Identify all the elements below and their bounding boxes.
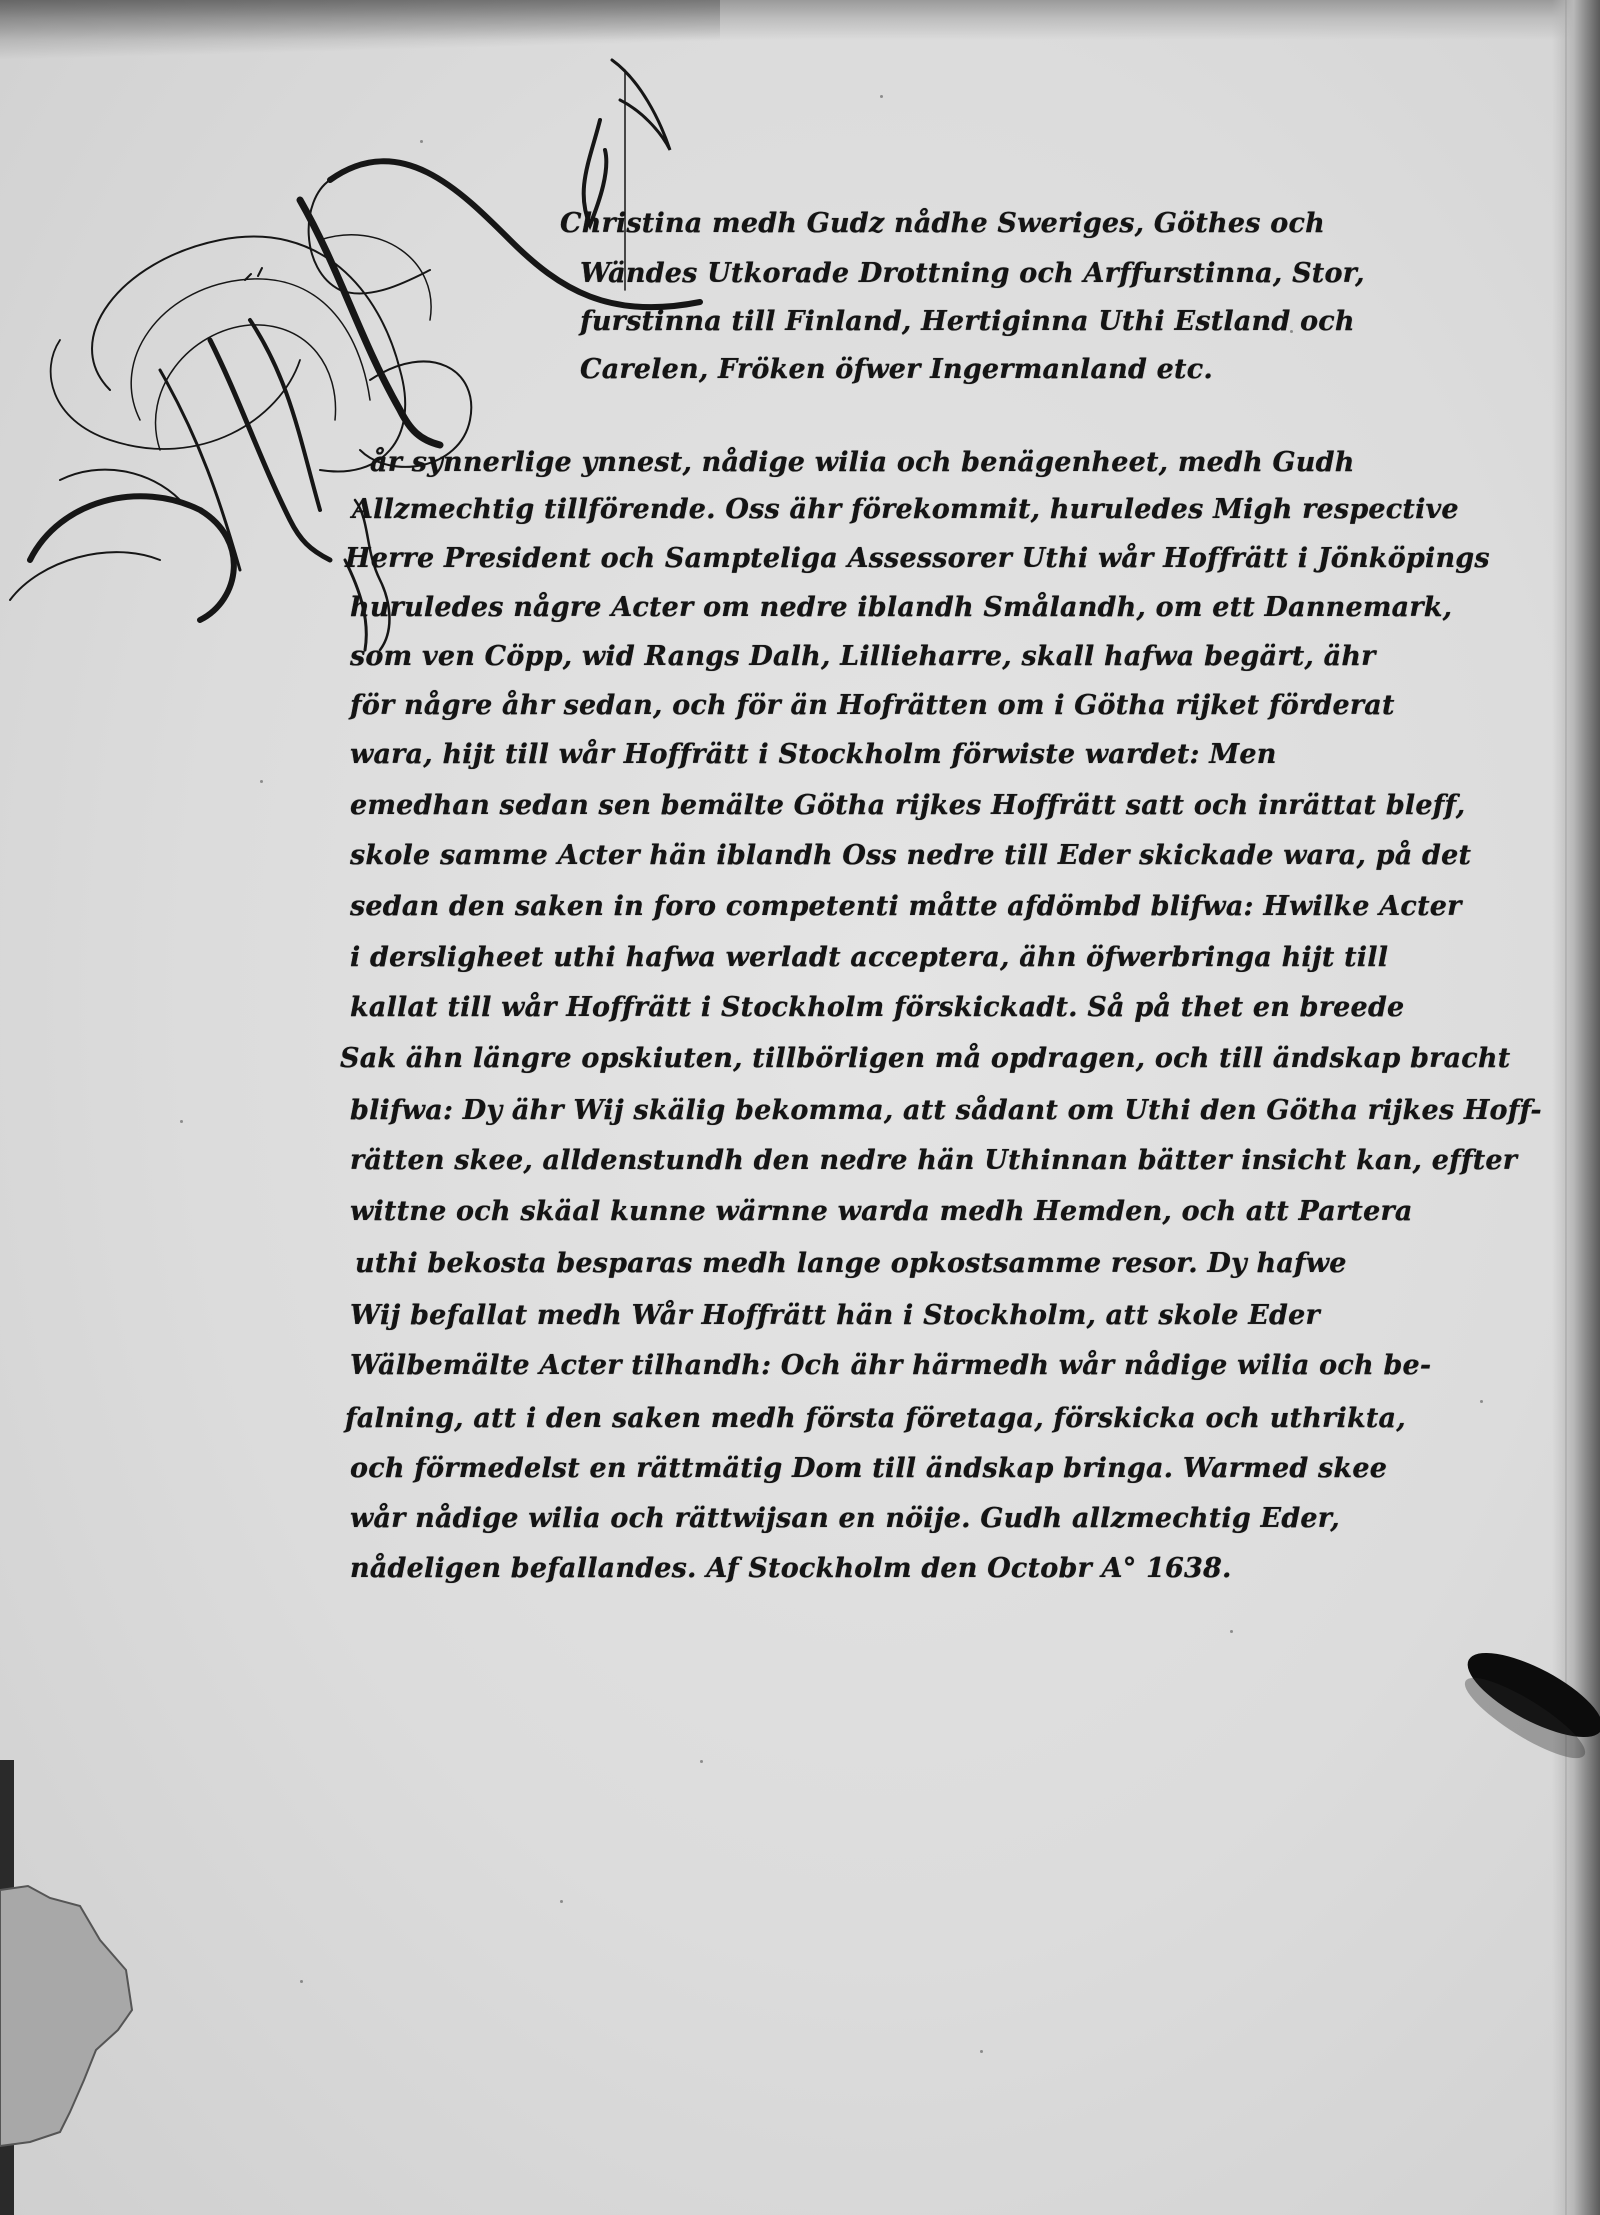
scan-right-edge <box>1552 0 1600 2215</box>
heading-line: Christina medh Gudz nådhe Sweriges, Göth… <box>560 208 1325 239</box>
body-line: uthi bekosta besparas medh lange opkosts… <box>355 1248 1347 1279</box>
body-line: sedan den saken in foro competenti måtte… <box>350 891 1462 922</box>
body-line: kallat till wår Hoffrätt i Stockholm för… <box>350 992 1404 1023</box>
body-line: wittne och skäal kunne wärnne warda medh… <box>350 1196 1413 1227</box>
body-line: rätten skee, alldenstundh den nedre hän … <box>350 1145 1517 1176</box>
body-line: år synnerlige ynnest, nådige wilia och b… <box>370 447 1355 478</box>
body-line: och förmedelst en rättmätig Dom till änd… <box>350 1453 1387 1484</box>
manuscript-page: Christina medh Gudz nådhe Sweriges, Göth… <box>0 0 1600 2215</box>
body-line: Herre President och Sampteliga Assessore… <box>345 543 1490 574</box>
paper-damage-patch <box>0 1880 140 2150</box>
body-line: Wij befallat medh Wår Hoffrätt hän i Sto… <box>350 1300 1320 1331</box>
body-line: som ven Cöpp, wid Rangs Dalh, Lillieharr… <box>350 641 1376 672</box>
body-line: falning, att i den saken medh första för… <box>345 1403 1406 1434</box>
body-line: för någre åhr sedan, och för än Hofrätte… <box>350 690 1395 721</box>
body-line: i dersligheet uthi hafwa werladt accepte… <box>350 942 1388 973</box>
ink-blot <box>1440 1640 1600 1760</box>
body-line: Sak ähn längre opskiuten, tillbörligen m… <box>340 1043 1510 1074</box>
body-line: blifwa: Dy ähr Wij skälig bekomma, att s… <box>350 1095 1542 1126</box>
body-line: wår nådige wilia och rättwijsan en nöije… <box>350 1503 1340 1534</box>
heading-line: furstinna till Finland, Hertiginna Uthi … <box>580 306 1355 337</box>
closing-dateline: nådeligen befallandes. Af Stockholm den … <box>350 1553 1232 1584</box>
heading-line: Wändes Utkorade Drottning och Arffurstin… <box>580 258 1365 289</box>
body-line: emedhan sedan sen bemälte Götha rijkes H… <box>350 790 1465 821</box>
heading-line: Carelen, Fröken öfwer Ingermanland etc. <box>580 354 1213 385</box>
body-line: Allzmechtig tillförende. Oss ähr förekom… <box>352 494 1459 525</box>
body-line: skole samme Acter hän iblandh Oss nedre … <box>350 840 1471 871</box>
body-line: huruledes någre Acter om nedre iblandh S… <box>350 592 1452 623</box>
body-line: wara, hijt till wår Hoffrätt i Stockholm… <box>350 739 1277 770</box>
body-line: Wälbemälte Acter tilhandh: Och ähr härme… <box>350 1350 1431 1381</box>
